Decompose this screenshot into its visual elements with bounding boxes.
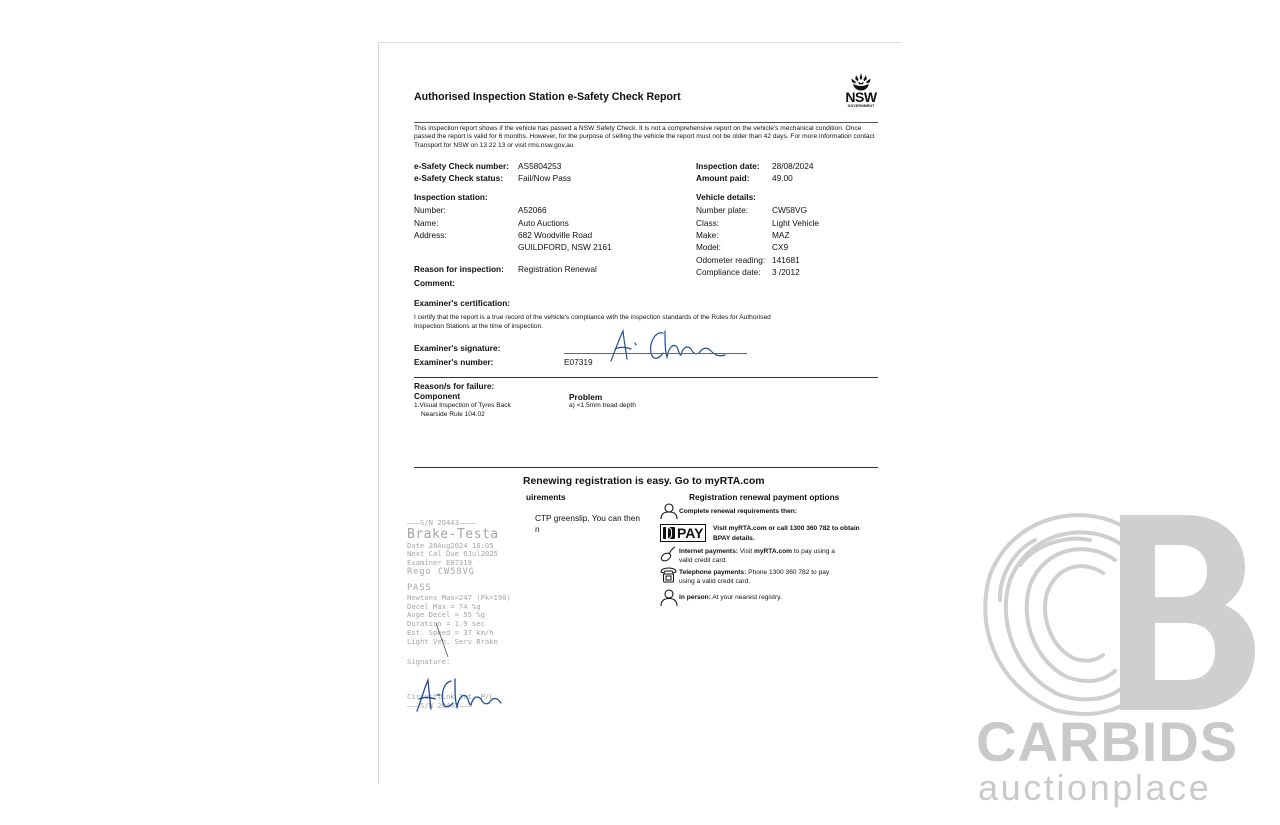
odometer-label: Odometer reading: (696, 255, 765, 266)
option-telephone-text: Phone 1300 360 782 to pay (746, 569, 829, 576)
option-internet-line1: Internet payments: Visit myRTA.com to pa… (679, 548, 835, 556)
amount-paid-value: 49.00 (772, 173, 793, 184)
payment-options-heading: Registration renewal payment options (689, 492, 839, 503)
check-number-value: AS5804253 (518, 161, 561, 172)
mouse-icon (660, 546, 676, 562)
report-title: Authorised Inspection Station e-Safety C… (414, 91, 681, 103)
certification-heading: Examiner's certification: (414, 298, 510, 309)
renewal-requirements-text-line2: n (535, 524, 540, 535)
station-heading: Inspection station: (414, 192, 488, 203)
amount-paid-label: Amount paid: (696, 173, 749, 184)
examiner-signature (607, 327, 757, 367)
inspection-date-value: 28/08/2024 (772, 161, 814, 172)
renewal-headline: Renewing registration is easy. Go to myR… (523, 476, 765, 487)
receipt-signature (413, 677, 513, 713)
person-icon (660, 589, 678, 606)
plate-value: CW58VG (772, 205, 807, 216)
watermark-brand: CARBIDS (976, 712, 1238, 772)
telephone-icon (660, 567, 677, 583)
signature-line (564, 353, 747, 354)
option-in-person: In person: At your nearest registry. (679, 594, 782, 602)
bpay-icon: PAY (660, 524, 706, 542)
model-value: CX9 (772, 242, 788, 253)
myrta-link[interactable]: myRTA.com (754, 548, 792, 555)
renewal-requirements-text-line1: CTP greenslip. You can then (535, 513, 640, 524)
option-in-person-label: In person: (679, 594, 711, 601)
inspection-date-label: Inspection date: (696, 161, 760, 172)
inspection-report-page: Authorised Inspection Station e-Safety C… (378, 42, 902, 784)
signature-label: Examiner's signature: (414, 343, 500, 354)
option-telephone-line1: Telephone payments: Phone 1300 360 782 t… (679, 569, 829, 577)
component-header: Component (414, 391, 460, 402)
failure-component-line2: Nearside Rule 104.02 (421, 411, 485, 419)
nsw-government-logo: NSW GOVERNMENT (841, 73, 881, 108)
failure-divider (414, 377, 878, 378)
examiner-number-value: E07319 (564, 357, 593, 368)
vehicle-heading: Vehicle details: (696, 192, 756, 203)
station-name-label: Name: (414, 218, 438, 229)
option-internet-label: Internet payments: (679, 548, 738, 555)
compliance-value: 3 /2012 (772, 267, 800, 278)
comment-label: Comment: (414, 278, 455, 289)
check-status-value: Fail/Now Pass (518, 173, 571, 184)
plate-label: Number plate: (696, 205, 748, 216)
reason-label: Reason for inspection: (414, 264, 504, 275)
station-name-value: Auto Auctions (518, 218, 569, 229)
bpay-badge-text: PAY (677, 525, 703, 541)
receipt-signature-label: Signature: (407, 658, 511, 667)
option-internet-text: Visit (738, 548, 754, 555)
class-value: Light Vehicle (772, 218, 819, 229)
receipt-rego: Rego CW58VG (407, 568, 511, 578)
pen-stroke-mark (434, 621, 454, 661)
check-status-label: e-Safety Check status: (414, 173, 503, 184)
examiner-number-label: Examiner's number: (414, 357, 493, 368)
option-internet-line2: valid credit card. (679, 557, 727, 565)
intro-paragraph: This inspection report shows if the vehi… (414, 125, 882, 150)
compliance-label: Compliance date: (696, 267, 761, 278)
certification-text-line1: I certify that the report is a true reco… (414, 314, 771, 322)
logo-nsw-text: NSW (841, 91, 881, 104)
option-bpay-line2: BPAY details. (713, 535, 755, 543)
model-label: Model: (696, 242, 721, 253)
check-number-label: e-Safety Check number: (414, 161, 509, 172)
receipt-brand: Brake-Testa (407, 528, 511, 542)
station-number-value: A52066 (518, 205, 547, 216)
person-icon (660, 503, 678, 519)
renewal-divider (414, 467, 878, 468)
option-telephone-line2: using a valid credit card. (679, 578, 750, 586)
failure-problem: a) <1.5mm tread depth (569, 402, 636, 410)
header-divider (414, 122, 878, 123)
option-telephone-label: Telephone payments: (679, 569, 746, 576)
watermark-tagline: auctionplace (978, 768, 1211, 808)
station-address-line2: GUILDFORD, NSW 2161 (518, 242, 612, 253)
receipt-vehicle-type: Light Veh. Serv Brake (407, 638, 511, 647)
carbids-logo-icon (975, 505, 1260, 720)
failure-component-line1: 1.Visual Inspection of Tyres Back (414, 402, 511, 410)
renewal-requirements-heading: uirements (526, 492, 566, 503)
option-complete-requirements: Complete renewal requirements then: (679, 508, 797, 516)
station-address-label: Address: (414, 230, 447, 241)
reason-value: Registration Renewal (518, 264, 597, 275)
make-value: MAZ (772, 230, 790, 241)
option-internet-text2: to pay using a (792, 548, 835, 555)
option-in-person-text: At your nearest registry. (711, 594, 782, 601)
make-label: Make: (696, 230, 719, 241)
class-label: Class: (696, 218, 719, 229)
odometer-value: 141681 (772, 255, 800, 266)
station-number-label: Number: (414, 205, 446, 216)
certification-text-line2: Inspection Stations at the time of inspe… (414, 323, 543, 331)
option-bpay-line1: Visit myRTA.com or call 1300 360 782 to … (713, 525, 860, 533)
station-address-line1: 682 Woodville Road (518, 230, 592, 241)
